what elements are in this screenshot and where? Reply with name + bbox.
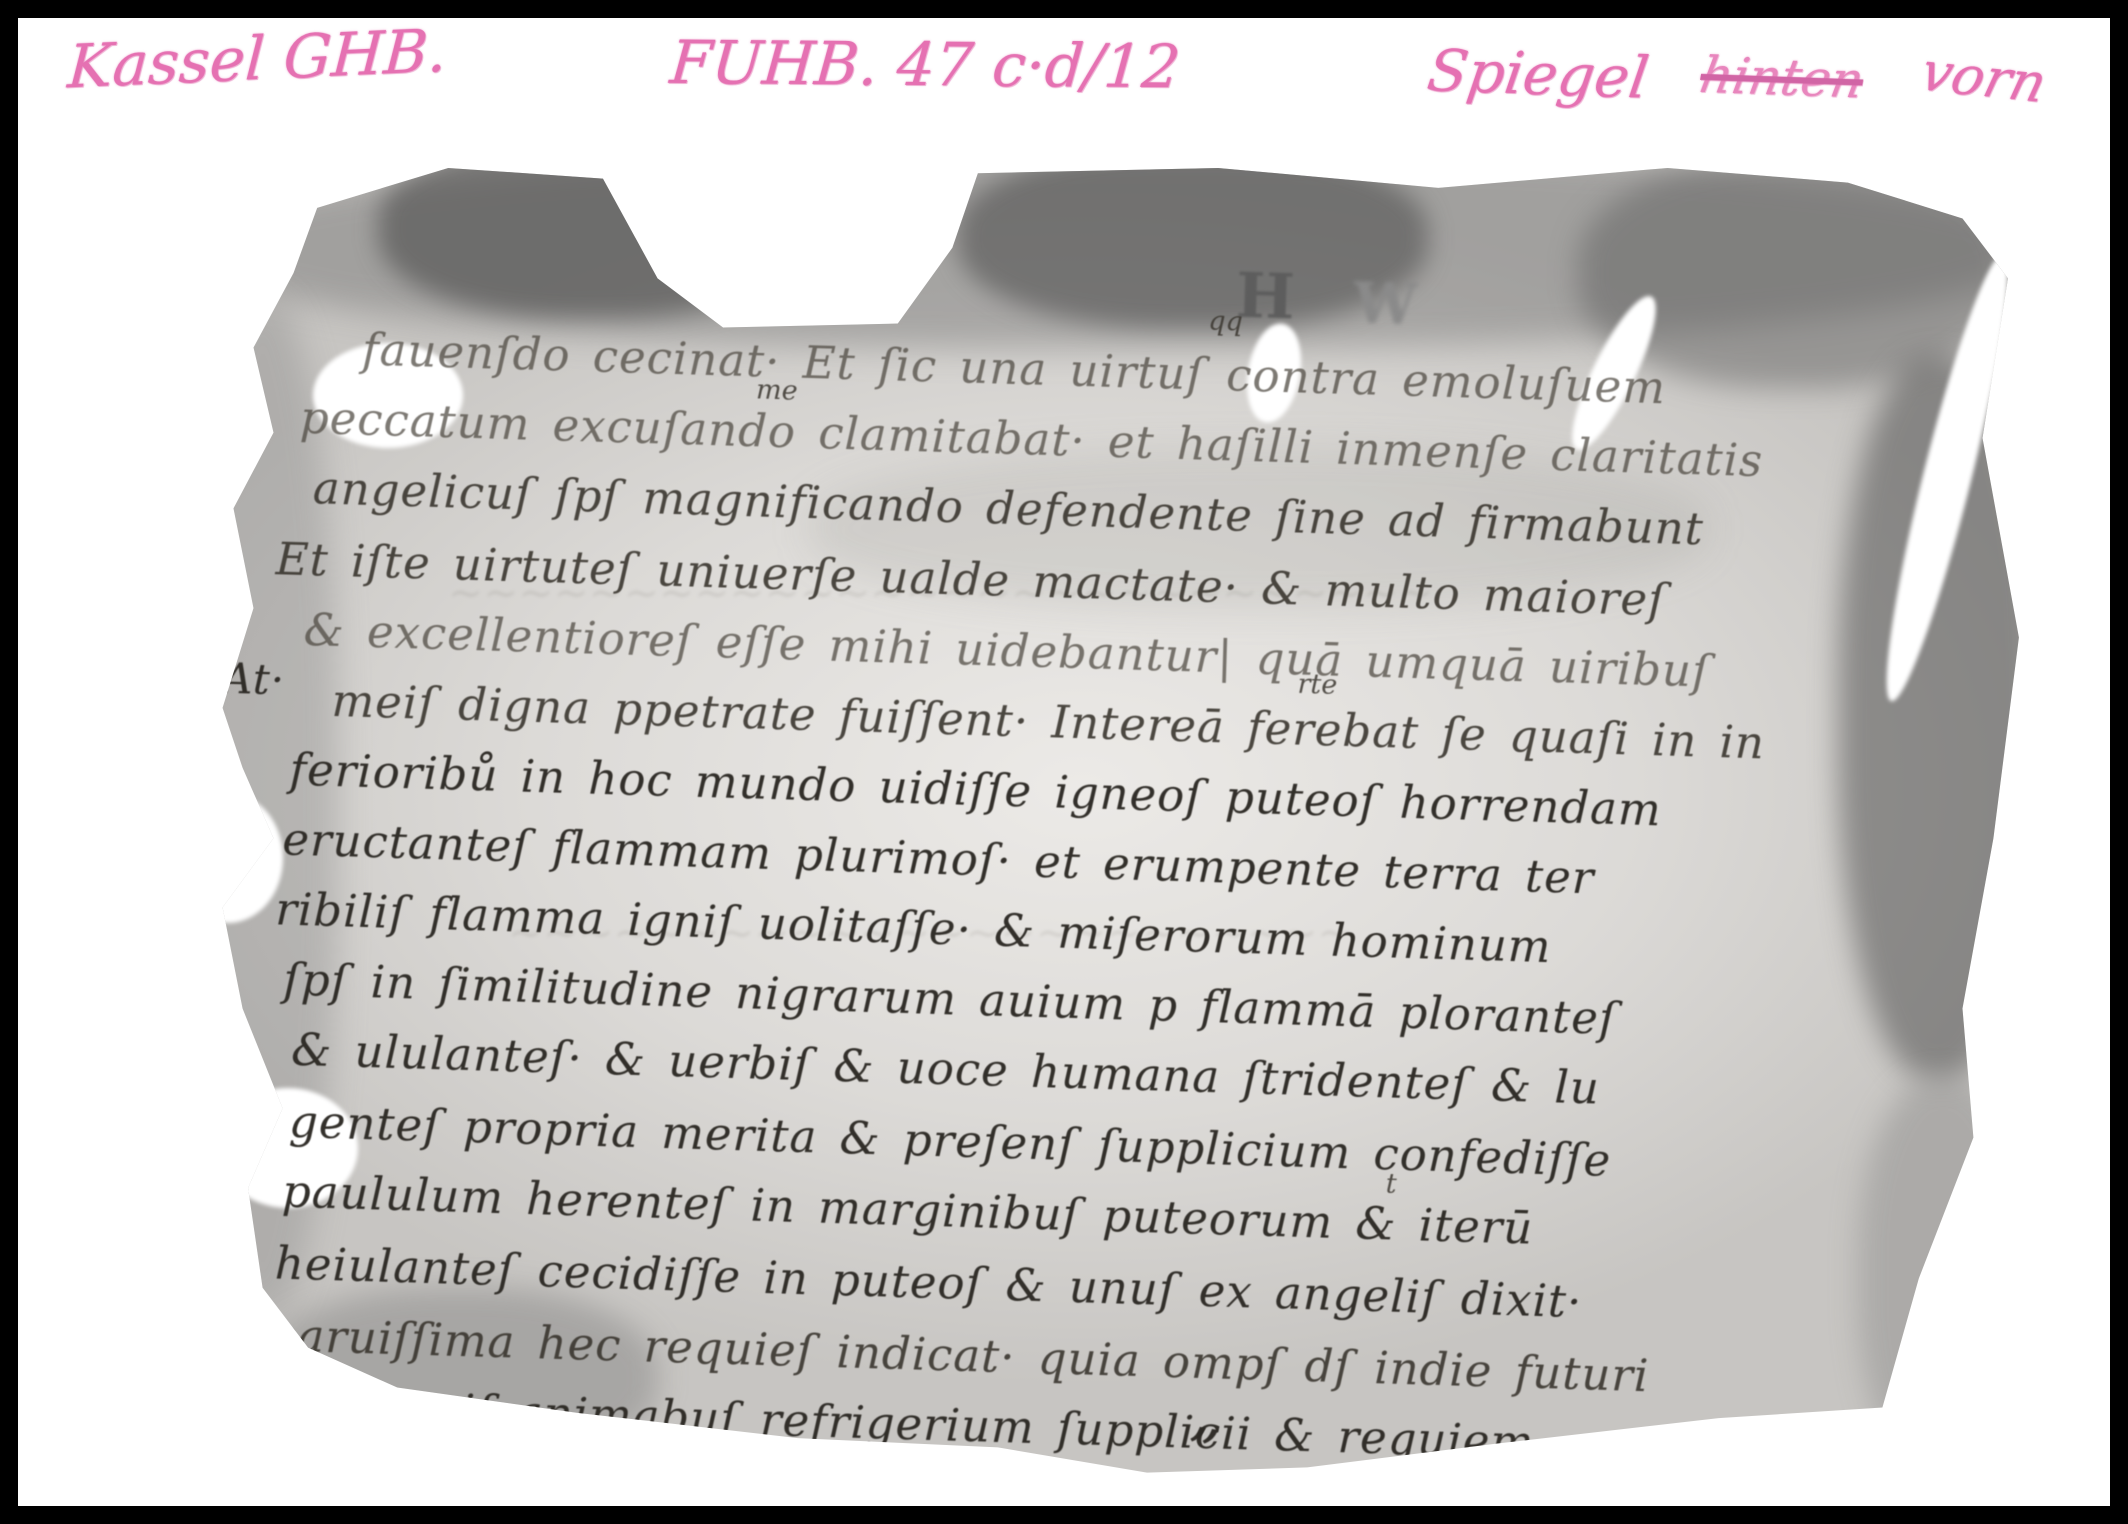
manuscript-text-block: H W fauenſdo cecinat· Et ſic una uirtuſ … — [169, 148, 2028, 1524]
interlinear-note-rte: rte — [1297, 669, 1338, 701]
header-letter-h: H — [1235, 259, 1296, 334]
interlinear-note-t: t — [1385, 1168, 1397, 1199]
annotation-crossed-out: hinten — [1696, 46, 1868, 109]
margin-note: At· — [222, 654, 286, 705]
parchment-fragment: ~~~~~~~~~~~~~~~~~~~~~~~~~~~~ ~~~~~~~~~~~… — [208, 148, 2028, 1478]
annotation-shelfmark: FUHB. 47 c·d/12 — [667, 28, 1182, 102]
annotation-library: Kassel GHB. — [66, 15, 449, 102]
interlinear-note-me: me — [756, 374, 798, 406]
annotation-spiegel: Spiegel — [1423, 36, 1652, 111]
header-letter-w: W — [1353, 270, 1418, 338]
photo-frame: Kassel GHB. FUHB. 47 c·d/12 Spiegel hint… — [0, 0, 2128, 1524]
interlinear-note-qq: qq — [1208, 306, 1243, 338]
annotation-vorn: vorn — [1915, 40, 2053, 115]
